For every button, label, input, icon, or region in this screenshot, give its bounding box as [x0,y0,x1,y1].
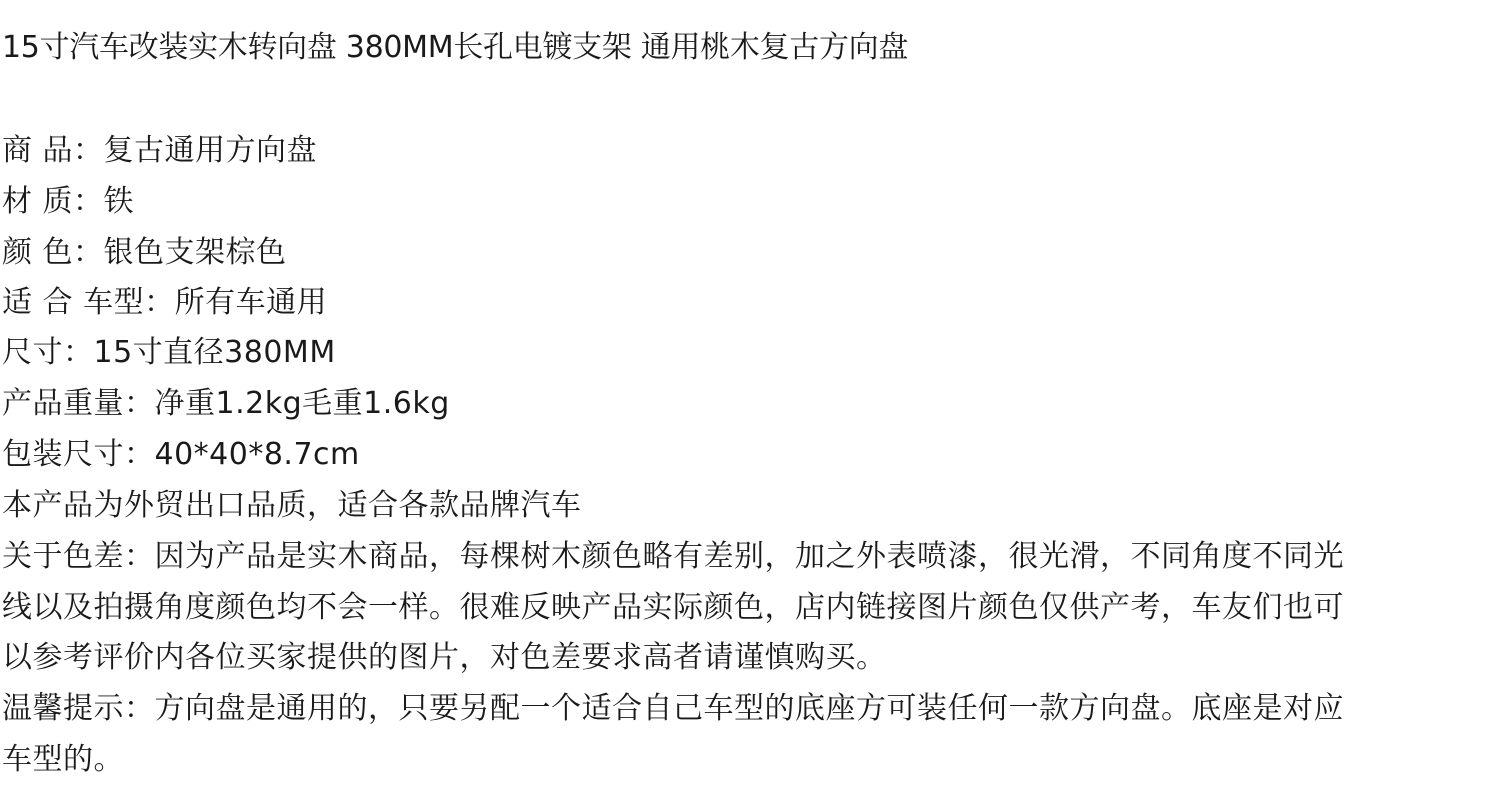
spec-label: 材 质： [2,182,104,222]
spec-row-color: 颜 色：银色支架棕色 [2,233,287,273]
spec-label: 包装尺寸： [2,435,155,475]
spec-value: 15寸直径380MM [94,335,336,370]
color-note-line: 以参考评价内各位买家提供的图片，对色差要求高者请谨慎购买。 [2,638,887,678]
quality-note: 本产品为外贸出口品质，适合各款品牌汽车 [2,486,582,526]
spec-value: 复古通用方向盘 [104,133,318,168]
spec-row-size: 尺寸：15寸直径380MM [2,333,336,373]
tip-note-line: 车型的。 [2,740,124,780]
tip-note-line: 温馨提示：方向盘是通用的，只要另配一个适合自己车型的底座方可装任何一款方向盘。底… [2,689,1344,729]
spec-label: 产品重量： [2,384,155,424]
spec-label: 适 合 车型： [2,283,175,323]
spec-row-material: 材 质：铁 [2,182,134,222]
spec-row-fit: 适 合 车型：所有车通用 [2,283,327,323]
spec-value: 40*40*8.7cm [155,437,360,472]
spec-value: 铁 [104,184,135,219]
spec-value: 所有车通用 [175,285,328,320]
spec-label: 颜 色： [2,233,104,273]
spec-value: 净重1.2kg毛重1.6kg [155,386,450,421]
spec-row-product: 商 品：复古通用方向盘 [2,131,317,171]
spec-label: 尺寸： [2,333,94,373]
spec-value: 银色支架棕色 [104,235,287,270]
spec-row-package-size: 包装尺寸：40*40*8.7cm [2,435,360,475]
color-note-line: 线以及拍摄角度颜色均不会一样。很难反映产品实际颜色，店内链接图片颜色仅供产考，车… [2,588,1344,628]
spec-row-weight: 产品重量：净重1.2kg毛重1.6kg [2,384,450,424]
product-title: 15寸汽车改装实木转向盘 380MM长孔电镀支架 通用桃木复古方向盘 [2,28,908,68]
color-note-line: 关于色差：因为产品是实木商品，每棵树木颜色略有差别，加之外表喷漆，很光滑，不同角… [2,537,1344,577]
spec-label: 商 品： [2,131,104,171]
